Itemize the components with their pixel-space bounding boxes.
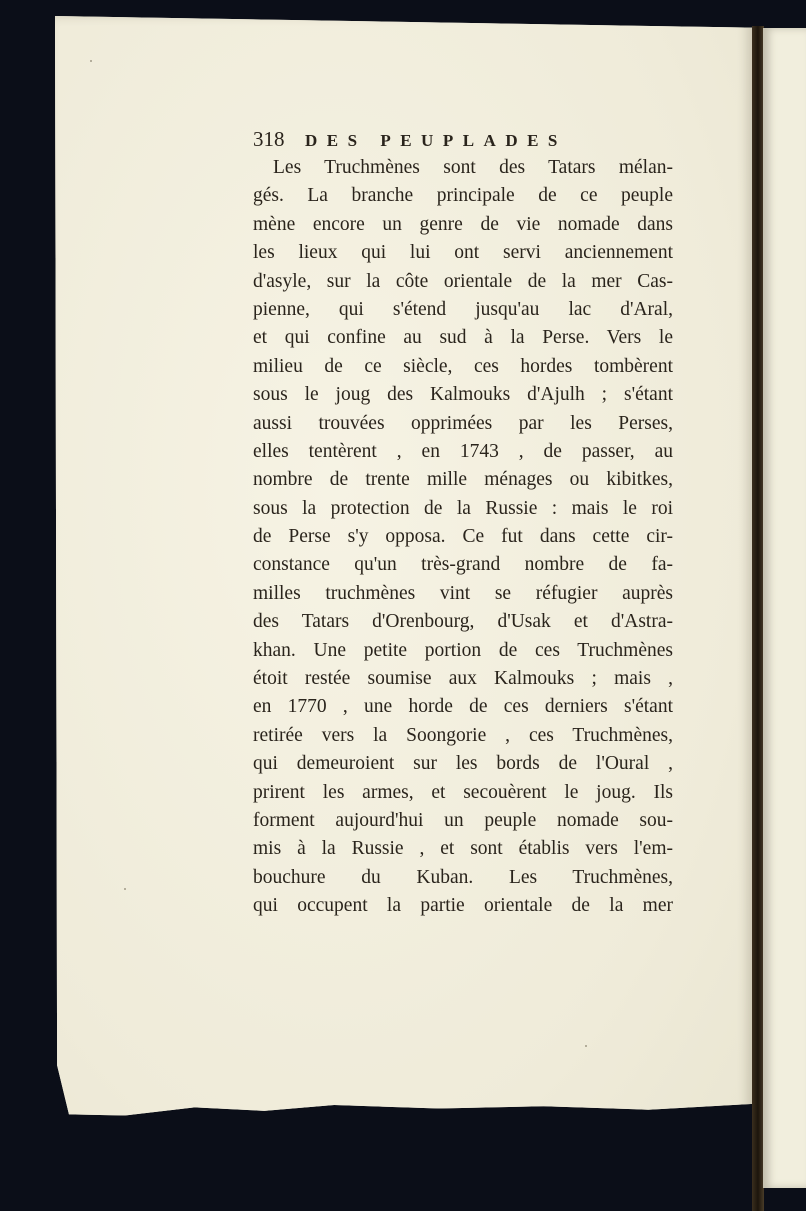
paper-speck bbox=[124, 888, 126, 890]
text-line: nombre de trente mille ménages ou kibitk… bbox=[253, 466, 673, 494]
text-line: étoit restée soumise aux Kalmouks ; mais… bbox=[253, 665, 673, 693]
text-line: en 1770 , une horde de ces derniers s'ét… bbox=[253, 693, 673, 721]
text-line: sous la protection de la Russie : mais l… bbox=[253, 495, 673, 523]
text-line: aussi trouvées opprimées par les Perses, bbox=[253, 410, 673, 438]
text-line: milles truchmènes vint se réfugier auprè… bbox=[253, 580, 673, 608]
paper-speck bbox=[90, 60, 92, 62]
text-line: Les Truchmènes sont des Tatars mélan- bbox=[253, 154, 673, 182]
text-line: bouchure du Kuban. Les Truchmènes, bbox=[253, 864, 673, 892]
text-line: sous le joug des Kalmouks d'Ajulh ; s'ét… bbox=[253, 381, 673, 409]
text-line: prirent les armes, et secouèrent le joug… bbox=[253, 779, 673, 807]
text-line: forment aujourd'hui un peuple nomade sou… bbox=[253, 807, 673, 835]
text-line: khan. Une petite portion de ces Truchmèn… bbox=[253, 637, 673, 665]
text-line: et qui confine au sud à la Perse. Vers l… bbox=[253, 324, 673, 352]
text-line: milieu de ce siècle, ces hordes tombèren… bbox=[253, 353, 673, 381]
right-page-edge bbox=[763, 28, 806, 1188]
text-line: les lieux qui lui ont servi anciennement bbox=[253, 239, 673, 267]
page-number: 318 bbox=[253, 124, 305, 154]
page-text: 318 DES PEUPLADES Les Truchmènes sont de… bbox=[253, 124, 673, 921]
text-line: qui demeuroient sur les bords de l'Oural… bbox=[253, 750, 673, 778]
text-line: retirée vers la Soongorie , ces Truchmèn… bbox=[253, 722, 673, 750]
text-line: elles tentèrent , en 1743 , de passer, a… bbox=[253, 438, 673, 466]
text-line: mène encore un genre de vie nomade dans bbox=[253, 211, 673, 239]
text-line: pienne, qui s'étend jusqu'au lac d'Aral, bbox=[253, 296, 673, 324]
text-line: constance qu'un très-grand nombre de fa- bbox=[253, 551, 673, 579]
text-line: qui occupent la partie orientale de la m… bbox=[253, 892, 673, 920]
text-line: mis à la Russie , et sont établis vers l… bbox=[253, 835, 673, 863]
body-text: Les Truchmènes sont des Tatars mélan- gé… bbox=[253, 154, 673, 921]
paper-speck bbox=[585, 1045, 587, 1047]
text-line: gés. La branche principale de ce peuple bbox=[253, 182, 673, 210]
book-scan: 318 DES PEUPLADES Les Truchmènes sont de… bbox=[0, 0, 806, 1211]
text-line: des Tatars d'Orenbourg, d'Usak et d'Astr… bbox=[253, 608, 673, 636]
running-head-title: DES PEUPLADES bbox=[305, 126, 567, 156]
text-line: d'asyle, sur la côte orientale de la mer… bbox=[253, 268, 673, 296]
text-line: de Perse s'y opposa. Ce fut dans cette c… bbox=[253, 523, 673, 551]
running-head: 318 DES PEUPLADES bbox=[253, 124, 673, 154]
